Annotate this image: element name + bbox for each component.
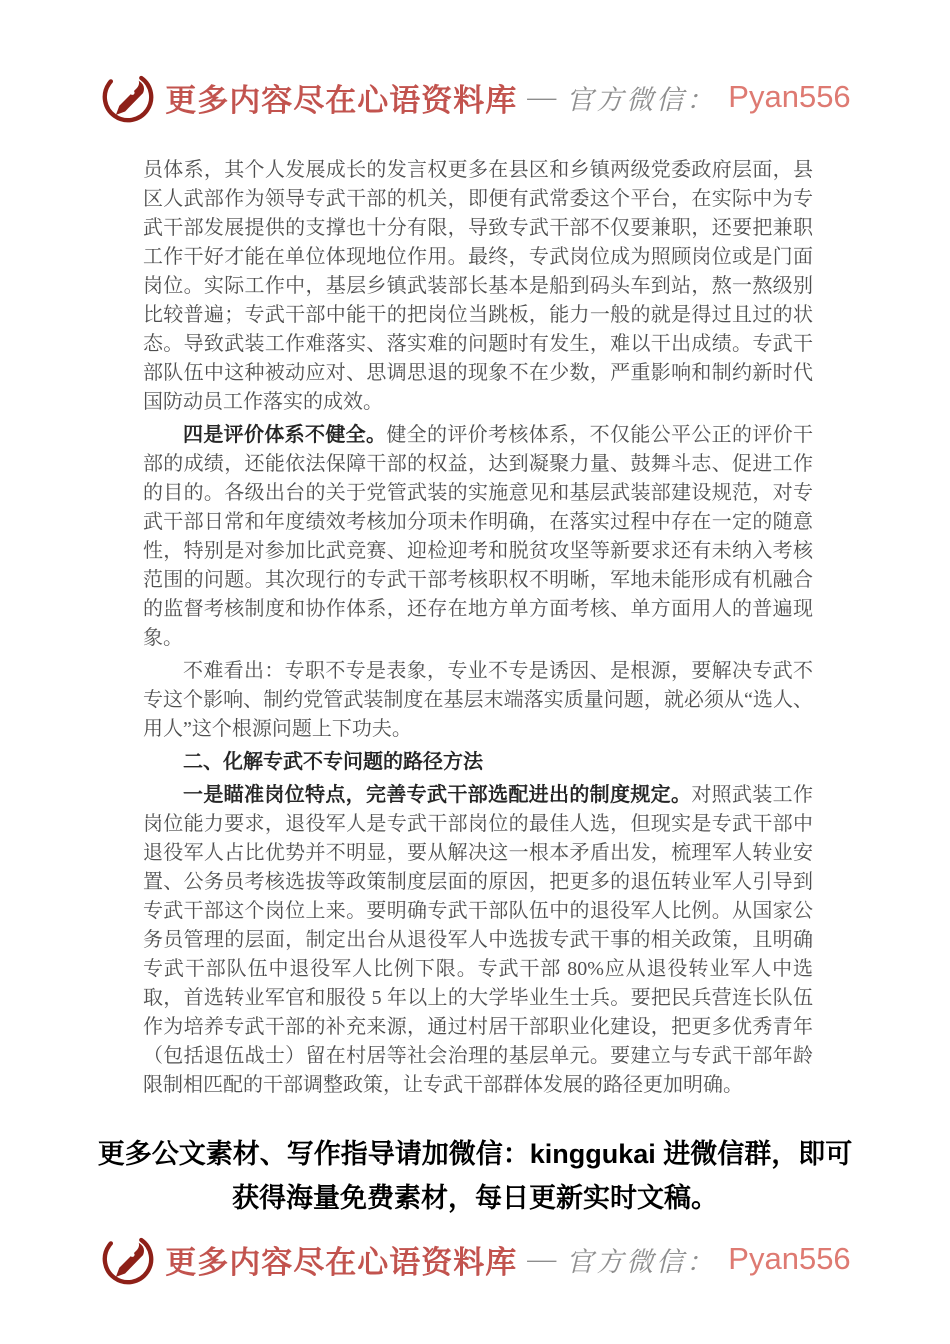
document-page: 更多内容尽在心语资料库 — 官方微信： Pyan556 员体系，其个人发展成长的… [0, 0, 950, 1344]
promo-line-2: 获得海量免费素材，每日更新实时文稿。 [232, 1183, 718, 1213]
brand-wechat-label: 官方微信： [566, 78, 716, 117]
footer-brand: 更多内容尽在心语资料库 — 官方微信： Pyan556 [0, 1230, 950, 1288]
paragraph-text: 不难看出：专职不专是表象，专业不专是诱因、是根源，要解决专武不专这个影响、制约党… [143, 660, 813, 740]
paragraph-continuation: 员体系，其个人发展成长的发言权更多在县区和乡镇两级党委政府层面，县区人武部作为领… [143, 156, 813, 417]
brand-separator: — [527, 81, 556, 114]
paragraph-lead: 四是评价体系不健全。 [183, 424, 386, 446]
paragraph-summary: 不难看出：专职不专是表象，专业不专是诱因、是根源，要解决专武不专这个影响、制约党… [143, 657, 813, 744]
promo-line-1: 更多公文素材、写作指导请加微信：kinggukai 进微信群，即可 [98, 1139, 853, 1169]
paragraph-lead: 一是瞄准岗位特点，完善专武干部选配进出的制度规定。 [183, 784, 691, 806]
header-brand: 更多内容尽在心语资料库 — 官方微信： Pyan556 [0, 0, 950, 126]
brand-wechat-label: 官方微信： [566, 1240, 716, 1279]
paragraph-text: 健全的评价考核体系，不仅能公平公正的评价干部的成绩，还能依法保障干部的权益，达到… [143, 424, 813, 649]
paragraph-point-four: 四是评价体系不健全。健全的评价考核体系，不仅能公平公正的评价干部的成绩，还能依法… [143, 421, 813, 653]
brand-wechat-id: Pyan556 [728, 1241, 850, 1277]
pen-nib-swirl-icon [99, 1230, 157, 1288]
brand-title: 更多内容尽在心语资料库 [165, 1237, 517, 1282]
brand-wechat-id: Pyan556 [728, 79, 850, 115]
document-body: 员体系，其个人发展成长的发言权更多在县区和乡镇两级党委政府层面，县区人武部作为领… [143, 156, 813, 1100]
brand-title: 更多内容尽在心语资料库 [165, 75, 517, 120]
pen-nib-swirl-icon [99, 68, 157, 126]
paragraph-text: 员体系，其个人发展成长的发言权更多在县区和乡镇两级党委政府层面，县区人武部作为领… [143, 159, 813, 413]
paragraph-point-one: 一是瞄准岗位特点，完善专武干部选配进出的制度规定。对照武装工作岗位能力要求，退役… [143, 781, 813, 1100]
promo-message: 更多公文素材、写作指导请加微信：kinggukai 进微信群，即可 获得海量免费… [95, 1132, 855, 1220]
brand-separator: — [527, 1243, 556, 1276]
section-heading: 二、化解专武不专问题的路径方法 [143, 748, 813, 777]
paragraph-text: 对照武装工作岗位能力要求，退役军人是专武干部岗位的最佳人选，但现实是专武干部中退… [143, 784, 813, 1096]
